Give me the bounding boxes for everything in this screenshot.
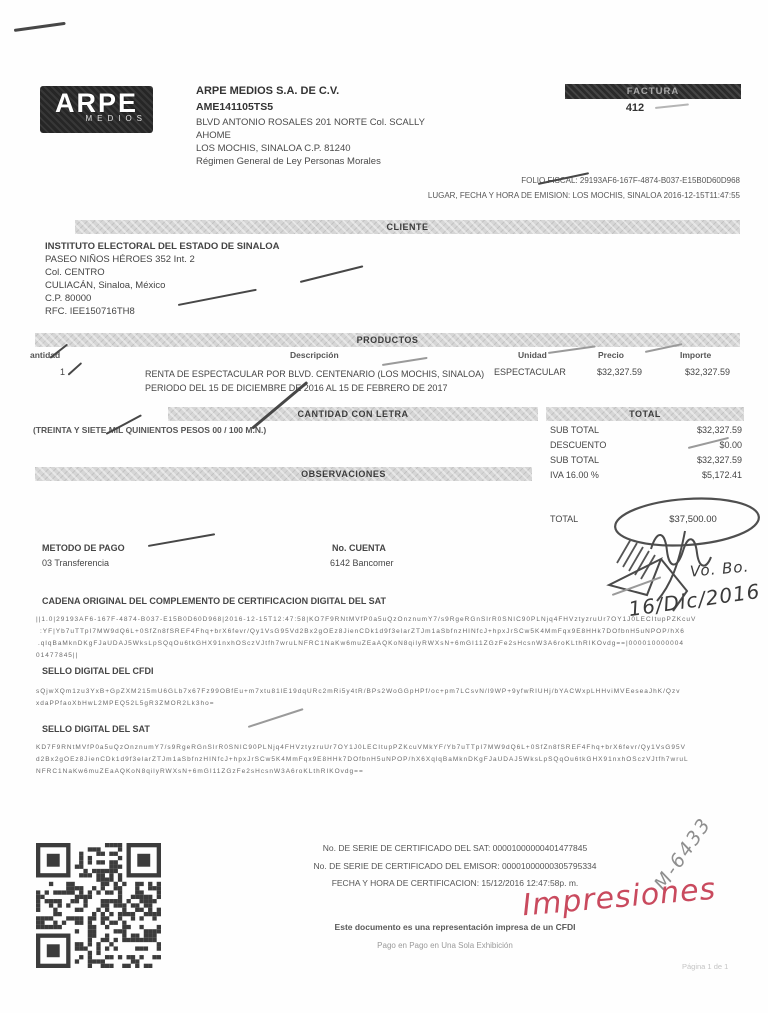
issuer-address-2: AHOME (196, 129, 231, 142)
subtotal-label: SUB TOTAL (550, 425, 599, 435)
pen-mark (300, 265, 363, 282)
productos-section-band: PRODUCTOS (35, 333, 740, 347)
cuenta-value: 6142 Bancomer (330, 558, 394, 568)
row-descripcion: RENTA DE ESPECTACULAR POR BLVD. CENTENAR… (145, 367, 493, 395)
amount-in-words: (TREINTA Y SIETE MIL QUINIENTOS PESOS 00… (33, 425, 266, 435)
sello-sat-line-2: d2Bx2gOEz8JienCDk1d9f3elarZTJm1aSbfnzHIN… (36, 754, 742, 766)
total-band: TOTAL (546, 407, 744, 421)
issuer-regimen: Régimen General de Ley Personas Morales (196, 155, 381, 168)
subtotal2-label: SUB TOTAL (550, 455, 599, 465)
issuer-address-1: BLVD ANTONIO ROSALES 201 NORTE Col. SCAL… (196, 116, 425, 129)
row-importe: $32,327.59 (660, 367, 730, 377)
col-unidad: Unidad (518, 350, 547, 360)
cliente-section-band: CLIENTE (75, 220, 740, 234)
pen-mark (382, 357, 428, 366)
invoice-scan-page: ARPE MEDIOS ARPE MEDIOS S.A. DE C.V. AME… (0, 0, 768, 1013)
iva-label: IVA 16.00 % (550, 470, 599, 480)
sello-sat-line-3: NFRC1NaKw6muZEaAQKoN8qilyRWXsN+6mGI11ZGz… (36, 766, 742, 778)
cadena-line-3: .qlqBaMknDKgFJaUDAJ5WksLpSQqOu6tkGHX91nx… (38, 638, 740, 650)
lugar-fecha-emision: LUGAR, FECHA Y HORA DE EMISION: LOS MOCH… (300, 191, 740, 200)
row-unidad: ESPECTACULAR (494, 367, 566, 377)
issuer-rfc: AME141105TS5 (196, 101, 273, 113)
metodo-pago-label: METODO DE PAGO (42, 543, 125, 553)
sello-cfdi-title: SELLO DIGITAL DEL CFDI (42, 666, 154, 676)
factura-band: FACTURA (565, 84, 741, 99)
cuenta-label: No. CUENTA (332, 543, 386, 553)
iva-value: $5,172.41 (668, 470, 742, 480)
col-importe: Importe (680, 350, 711, 360)
page-number: Página 1 de 1 (682, 962, 728, 971)
client-cp: C.P. 80000 (45, 293, 91, 306)
cadena-line-4: 01477845|| (36, 650, 738, 662)
pen-mark (178, 289, 257, 306)
col-precio: Precio (598, 350, 624, 360)
company-logo: ARPE MEDIOS (40, 86, 153, 133)
pen-mark (248, 708, 304, 727)
sello-cfdi-line-2: xdaPPfaoXbHwL2MPEQ52L5gR3ZMOR2Lk3ho= (36, 698, 742, 710)
pen-mark (67, 362, 81, 375)
cfdi-representation-note: Este documento es una representación imp… (150, 922, 760, 932)
observaciones-band: OBSERVACIONES (35, 467, 532, 481)
descuento-label: DESCUENTO (550, 440, 606, 450)
cadena-title: CADENA ORIGINAL DEL COMPLEMENTO DE CERTI… (42, 596, 386, 606)
cadena-line-1: ||1.0|29193AF6-167F-4874-B037-E15B0D60D9… (36, 614, 742, 626)
payment-note: Pago en Pago en Una Sola Exhibición (150, 941, 740, 950)
metodo-pago-value: 03 Transferencia (42, 558, 109, 568)
issuer-name: ARPE MEDIOS S.A. DE C.V. (196, 85, 339, 97)
cadena-line-2: :YF|Yb7uTTpI7MW9dQ6L+0SfZn8fSREF4Fhq+brX… (40, 626, 740, 638)
col-descripcion: Descripción (290, 350, 339, 360)
pen-mark (14, 22, 66, 32)
client-name: INSTITUTO ELECTORAL DEL ESTADO DE SINALO… (45, 241, 280, 254)
qr-code (36, 843, 161, 978)
client-address-3: CULIACÁN, Sinaloa, México (45, 280, 165, 293)
client-address-1: PASEO NIÑOS HÉROES 352 Int. 2 (45, 254, 195, 267)
cantidad-letra-band: CANTIDAD CON LETRA (168, 407, 538, 421)
client-rfc: RFC. IEE150716TH8 (45, 306, 135, 319)
subtotal-value: $32,327.59 (668, 425, 742, 435)
sello-sat-title: SELLO DIGITAL DEL SAT (42, 724, 150, 734)
row-precio: $32,327.59 (572, 367, 642, 377)
subtotal2-value: $32,327.59 (668, 455, 742, 465)
client-address-2: Col. CENTRO (45, 267, 105, 280)
issuer-address-3: LOS MOCHIS, SINALOA C.P. 81240 (196, 142, 351, 155)
sello-cfdi-line-1: sQjwXQm1zu3YxB+GpZXM215mU6GLb7x67Fz99OBf… (36, 686, 742, 698)
sello-sat-line-1: KD7F9RNtMVfP0a5uQzOnznumY7/s9RgeRGnSlrR0… (36, 742, 742, 754)
row-cantidad: 1 (60, 367, 65, 377)
pen-mark (148, 533, 215, 546)
